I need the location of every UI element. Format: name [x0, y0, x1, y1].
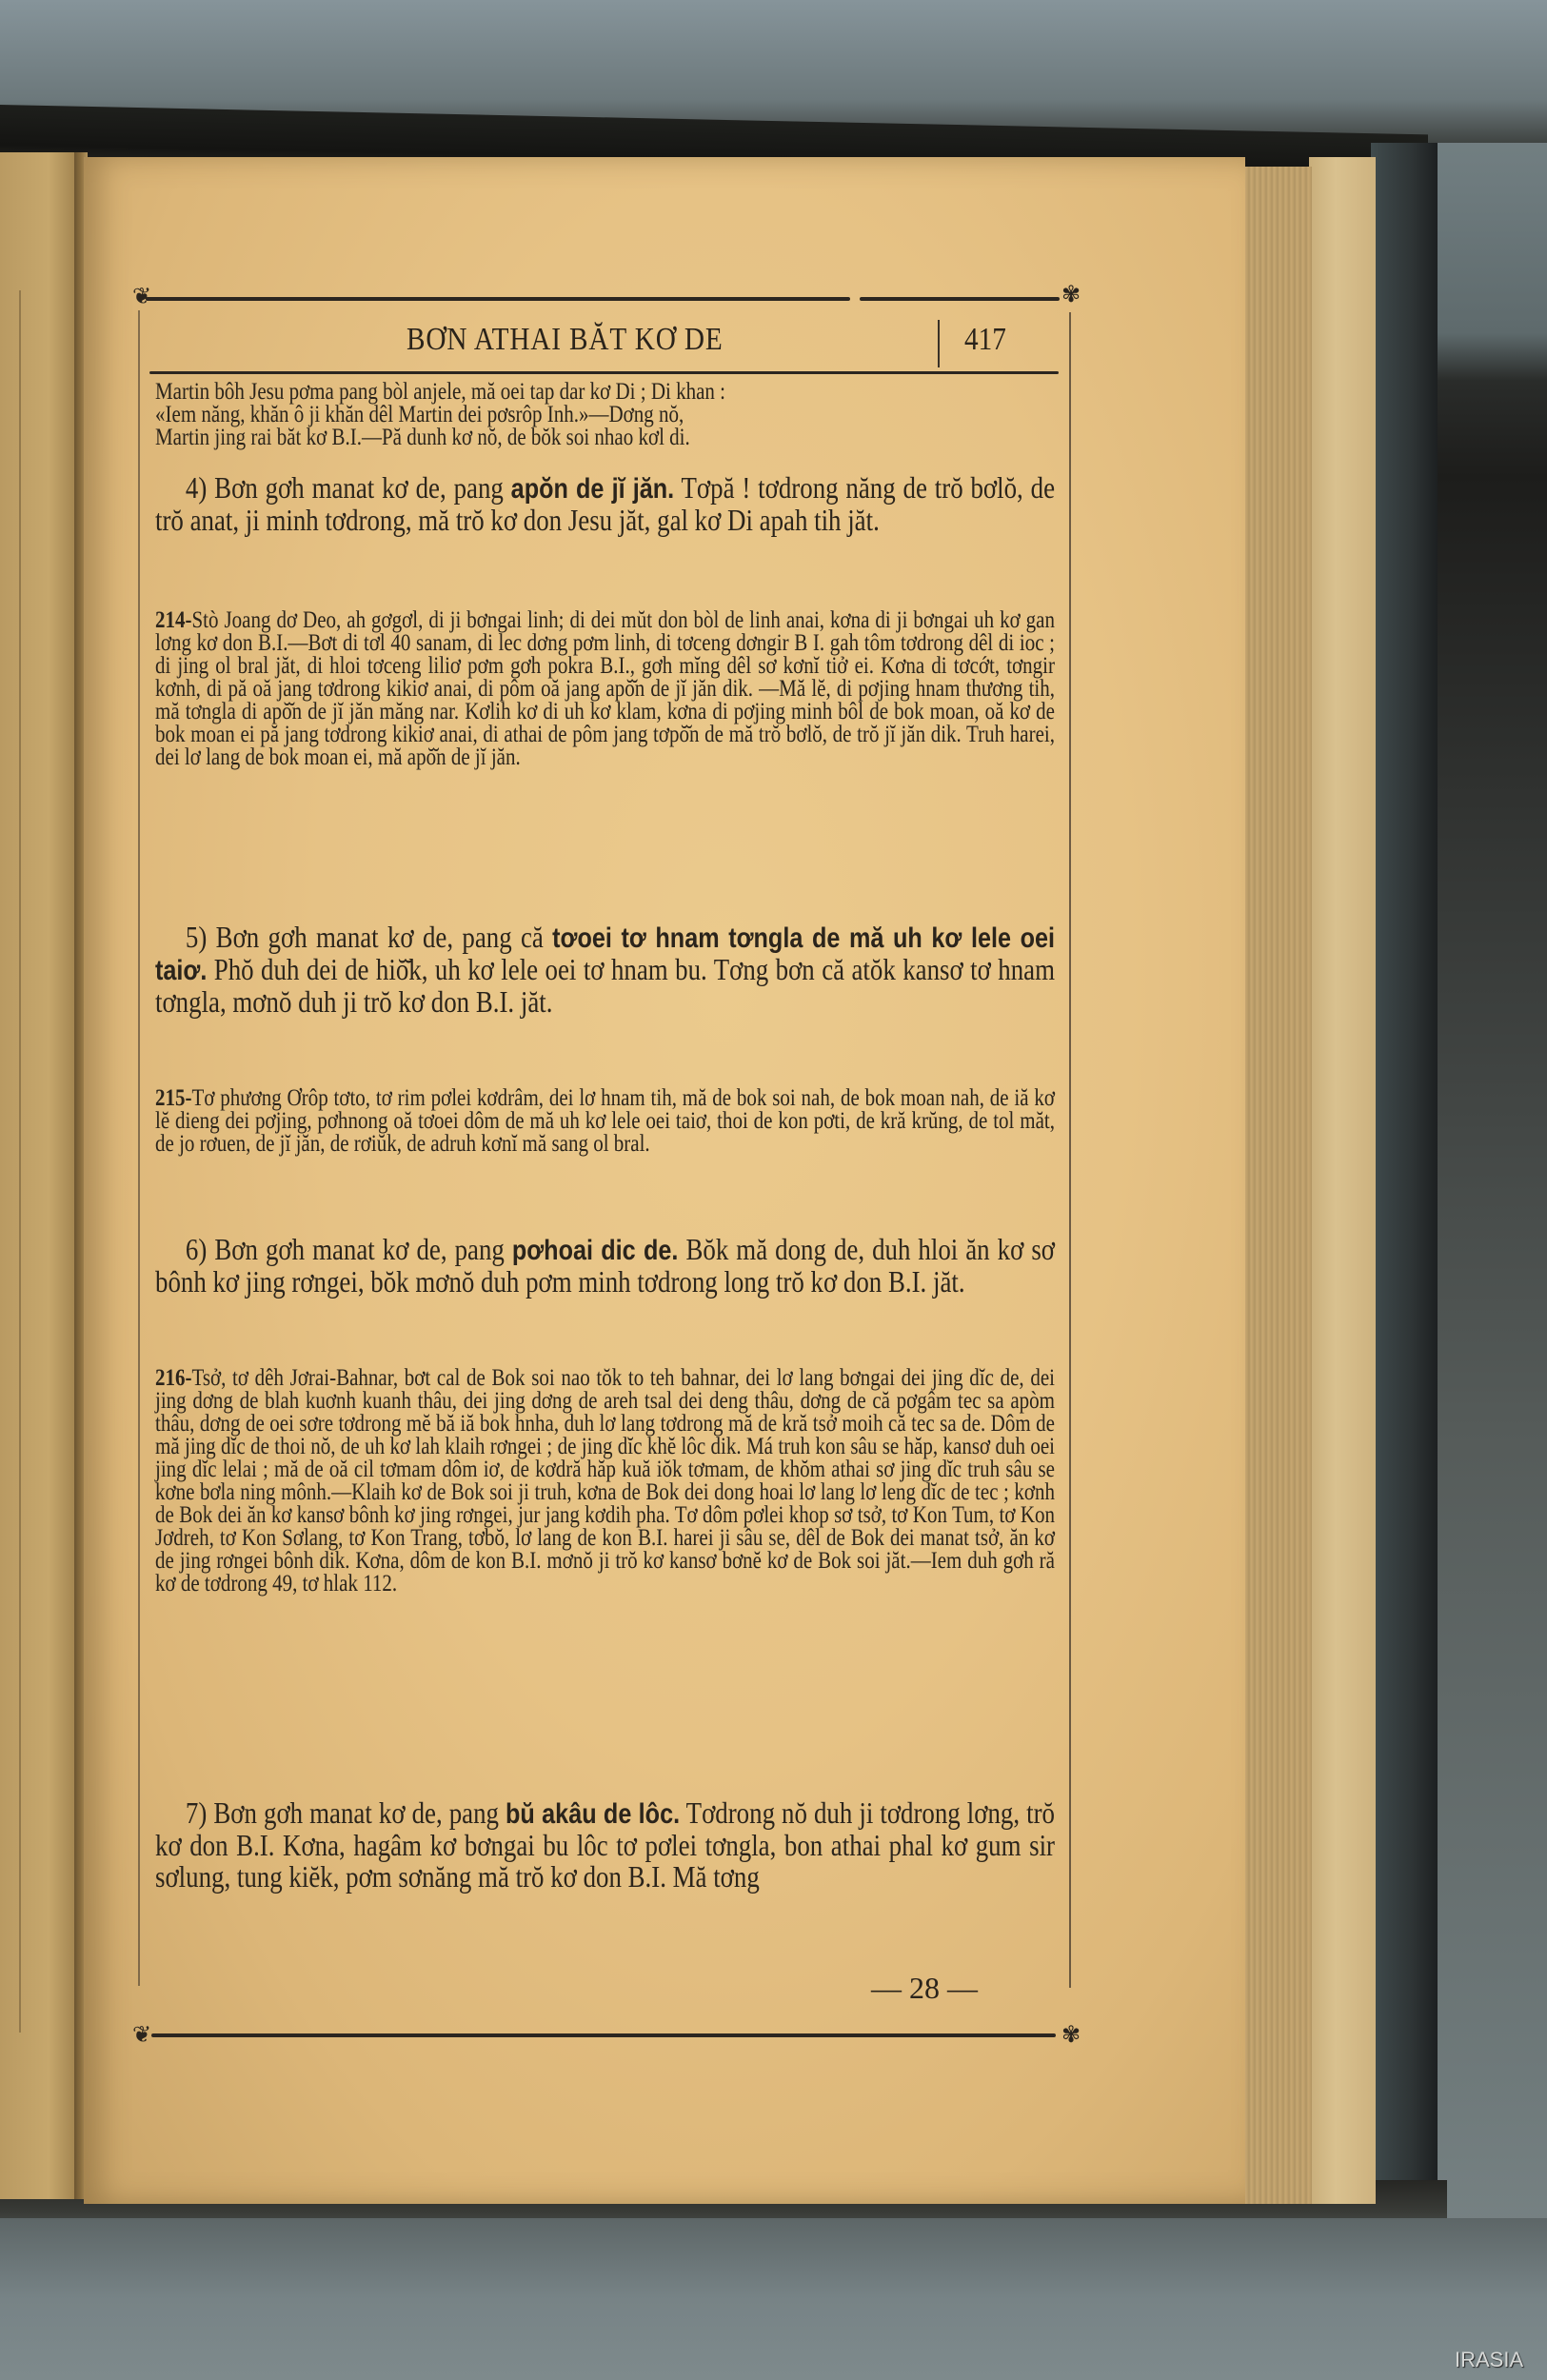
paragraph-text: Tơ phương Ơrôp tơto, tơ rim pơlei kơdrâm…: [155, 1085, 1055, 1157]
text-line: «Iem năng, khăn ô ji khăn dêl Martin dei…: [155, 404, 1055, 426]
paragraph-number: 216-: [155, 1365, 191, 1391]
point-emphasis: apŏ̆n de jĭ jăn.: [511, 473, 674, 505]
book-cover-right-edge: [1371, 143, 1438, 2213]
paragraph-215: 215-Tơ phương Ơrôp tơto, tơ rim pơlei kơ…: [155, 1087, 1055, 1156]
frame-right-line: [1069, 312, 1071, 1988]
paragraph-text: Stò Joang dơ Deo, ah gơgơl, di ji bơngai…: [155, 607, 1055, 770]
point-7-paragraph: 7) Bơn gơh manat kơ de, pang bŭ akâu de …: [155, 1797, 1055, 1893]
point-rest: Phŏ duh dei de hiŏ̆k, uh kơ lele oei tơ …: [155, 952, 1055, 1019]
left-page-frame-line: [19, 290, 21, 2033]
text-line: Martin jing rai băt kơ B.I.—Pă dunh kơ n…: [155, 426, 1055, 449]
point-lead: 6) Bơn gơh manat kơ de, pang: [186, 1232, 512, 1266]
header-divider: [938, 320, 940, 367]
point-lead: 4) Bơn gơh manat kơ de, pang: [186, 470, 511, 505]
paragraph-216: 216-Tsở, tơ dêh Jơrai-Bahnar, bơt cal de…: [155, 1367, 1055, 1596]
paragraph-number: 214-: [155, 607, 191, 633]
ornament-top-right-icon: ✾: [1061, 284, 1081, 307]
point-emphasis: bŭ akâu de lôc.: [506, 1798, 680, 1830]
page-edges: [1234, 167, 1312, 2204]
point-4-paragraph: 4) Bơn gơh manat kơ de, pang apŏ̆n de jĭ…: [155, 472, 1055, 536]
ornament-bottom-right-icon: ✾: [1061, 2024, 1081, 2047]
page-number: 417: [964, 322, 1006, 358]
page-frame: ❦ ✾ BƠN ATHAI BĂT KƠ DE 417 Martin bôh J…: [138, 286, 1076, 2047]
paragraph-214: 214-Stò Joang dơ Deo, ah gơgơl, di ji bơ…: [155, 609, 1055, 769]
top-rule-left: [146, 297, 850, 301]
left-page-sliver: [0, 152, 81, 2199]
point-lead: 5) Bơn gơh manat kơ de, pang că: [186, 920, 552, 954]
header-rule: [149, 371, 1059, 374]
point-emphasis: pơhoai dic de.: [512, 1235, 679, 1266]
top-rule-right: [860, 297, 1060, 301]
point-6-paragraph: 6) Bơn gơh manat kơ de, pang pơhoai dic …: [155, 1234, 1055, 1298]
ornament-bottom-left-icon: ❦: [132, 2024, 151, 2047]
watermark: IRASIA: [1455, 2348, 1523, 2372]
point-lead: 7) Bơn gơh manat kơ de, pang: [186, 1795, 506, 1830]
scan-background-bottom: [0, 2218, 1547, 2380]
running-head: BƠN ATHAI BĂT KƠ DE 417: [138, 320, 1076, 369]
paragraph-text: Tsở, tơ dêh Jơrai-Bahnar, bơt cal de Bok…: [155, 1365, 1055, 1597]
folio-number: — 28 —: [871, 1971, 978, 2006]
paragraph-number: 215-: [155, 1085, 191, 1111]
text-line: Martin bôh Jesu pơma pang bòl anjele, mă…: [155, 381, 1055, 404]
bottom-rule: [151, 2033, 1056, 2037]
continuation-paragraph: Martin bôh Jesu pơma pang bòl anjele, mă…: [155, 381, 1055, 449]
running-title: BƠN ATHAI BĂT KƠ DE: [407, 322, 724, 358]
frame-left-line: [138, 310, 140, 1986]
endpaper: [1309, 157, 1376, 2204]
point-5-paragraph: 5) Bơn gơh manat kơ de, pang că tơoei tơ…: [155, 922, 1055, 1018]
